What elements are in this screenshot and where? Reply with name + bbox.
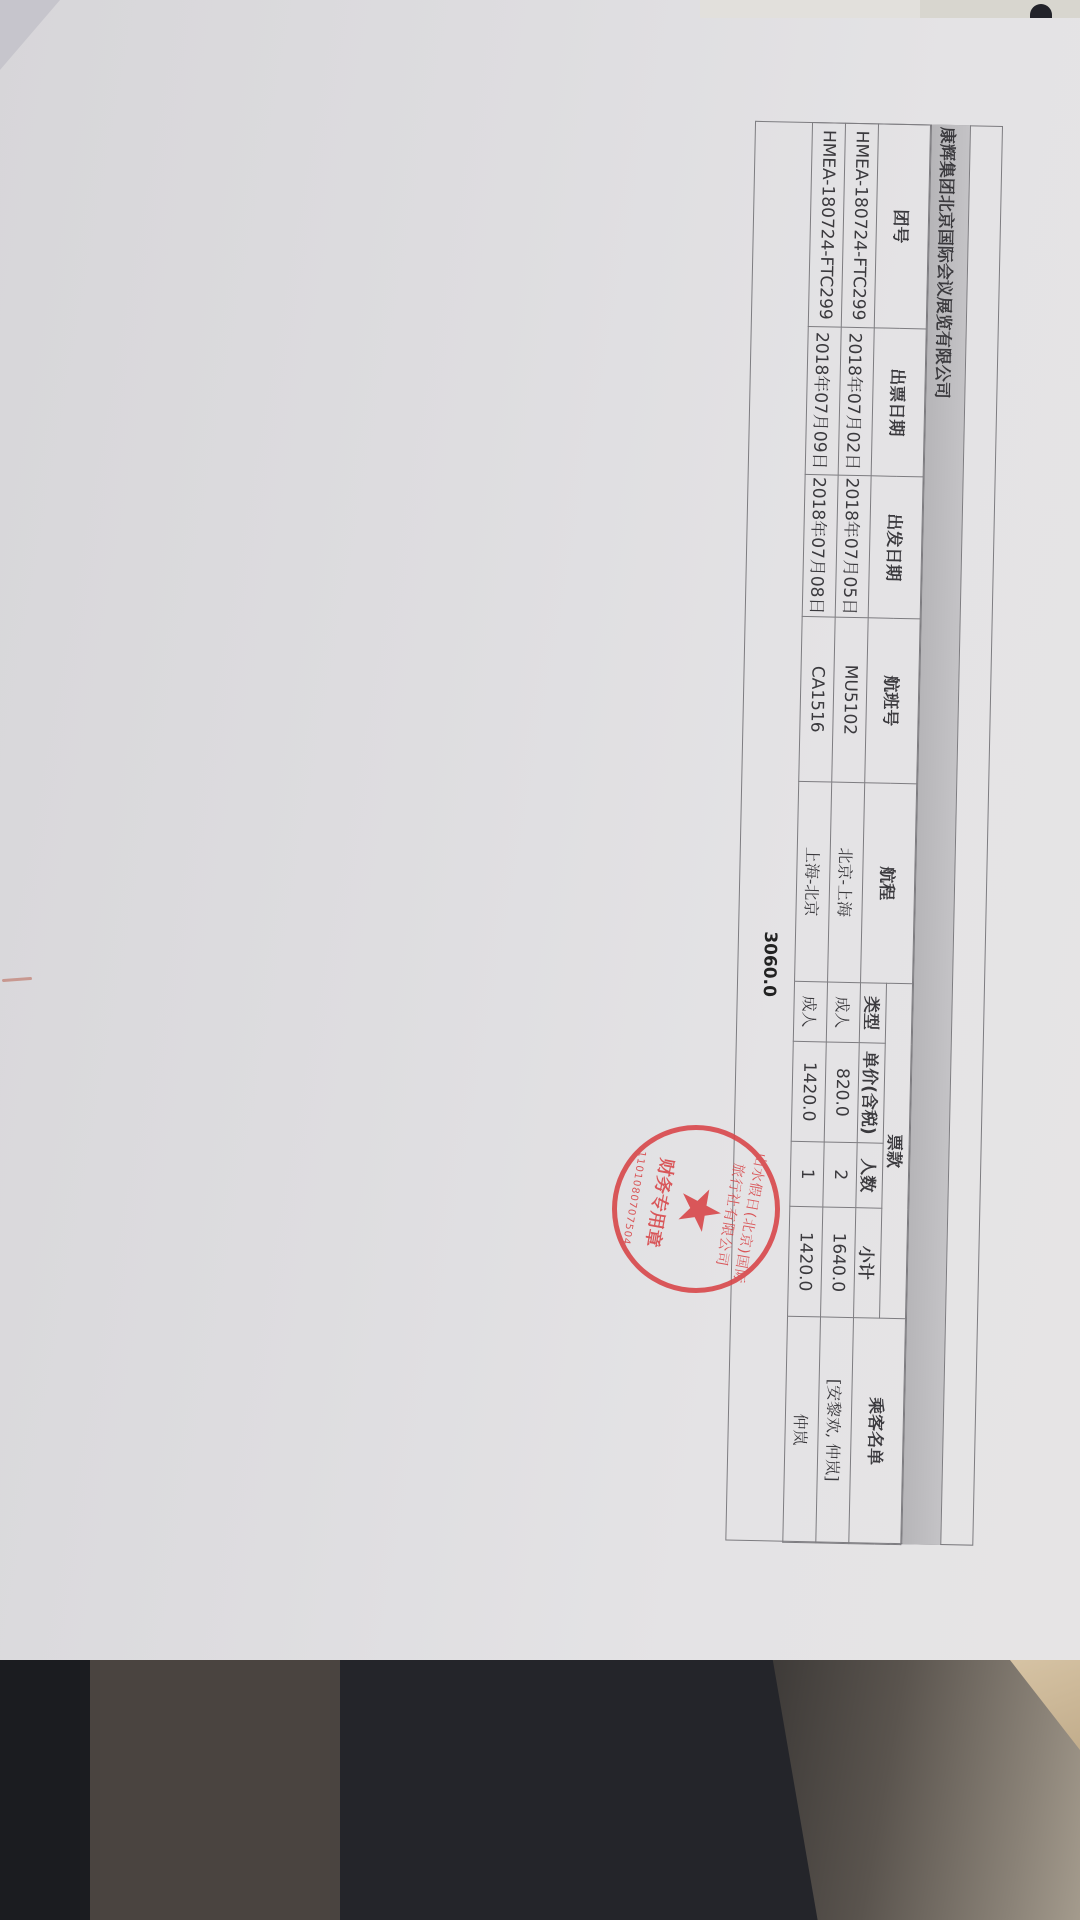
- header-flight-no: 航班号: [865, 618, 920, 784]
- header-count: 人数: [856, 1143, 883, 1209]
- cell-flight-no: MU5102: [832, 617, 868, 783]
- header-depart-date: 出发日期: [868, 476, 923, 619]
- header-issue-date: 出票日期: [871, 328, 926, 477]
- background-notes: [700, 0, 1080, 18]
- floor-stripe: [0, 1660, 90, 1920]
- header-passengers: 乘客名单: [849, 1318, 906, 1545]
- star-icon: ★: [667, 1180, 731, 1239]
- cell-subtotal: 1420.0: [788, 1206, 823, 1317]
- cell-route: 北京-上海: [828, 782, 865, 983]
- header-subtotal: 小计: [854, 1208, 882, 1319]
- cell-depart-date: 2018年07月08日: [802, 474, 838, 617]
- paper-sheet: 康辉集团北京国际会议展览有限公司 团号 出票日期 出发日期 航班号 航程 票款 …: [0, 0, 1080, 1672]
- floor-background: [0, 1660, 1080, 1920]
- cell-issue-date: 2018年07月09日: [805, 326, 841, 475]
- header-type: 类型: [859, 983, 886, 1044]
- cell-count: 2: [823, 1142, 857, 1208]
- header-route: 航程: [861, 783, 917, 984]
- cell-flight-no: CA1516: [799, 616, 835, 782]
- company-name: 康辉集团北京国际会议展览有限公司: [931, 127, 962, 399]
- cell-subtotal: 1640.0: [821, 1207, 856, 1318]
- ticket-statement: 康辉集团北京国际会议展览有限公司 团号 出票日期 出发日期 航班号 航程 票款 …: [725, 121, 1003, 1546]
- cell-unit-price: 820.0: [824, 1042, 859, 1143]
- cell-issue-date: 2018年07月02日: [838, 327, 874, 476]
- grand-total: 3060.0: [759, 931, 780, 997]
- pen-mark: [2, 977, 32, 982]
- background-photo: [920, 0, 1080, 18]
- cell-group-no: HMEA-180724-FTC299: [808, 123, 845, 328]
- cell-unit-price: 1420.0: [791, 1041, 826, 1142]
- cell-type: 成人: [793, 981, 827, 1042]
- cell-group-no: HMEA-180724-FTC299: [841, 123, 878, 328]
- floor-stripe: [760, 1660, 1080, 1920]
- underlying-sheet-corner: [0, 0, 60, 70]
- header-group-no: 团号: [874, 124, 930, 329]
- header-unit-price: 单价(含税): [857, 1043, 885, 1144]
- cell-route: 上海-北京: [795, 781, 832, 982]
- cell-depart-date: 2018年07月05日: [835, 475, 871, 618]
- cell-passengers: [安黎欢, 仲岚]: [816, 1317, 854, 1544]
- cell-passengers: 仲岚: [783, 1316, 821, 1543]
- cell-count: 1: [790, 1141, 824, 1207]
- floor-stripe: [90, 1660, 340, 1920]
- cell-type: 成人: [826, 982, 860, 1043]
